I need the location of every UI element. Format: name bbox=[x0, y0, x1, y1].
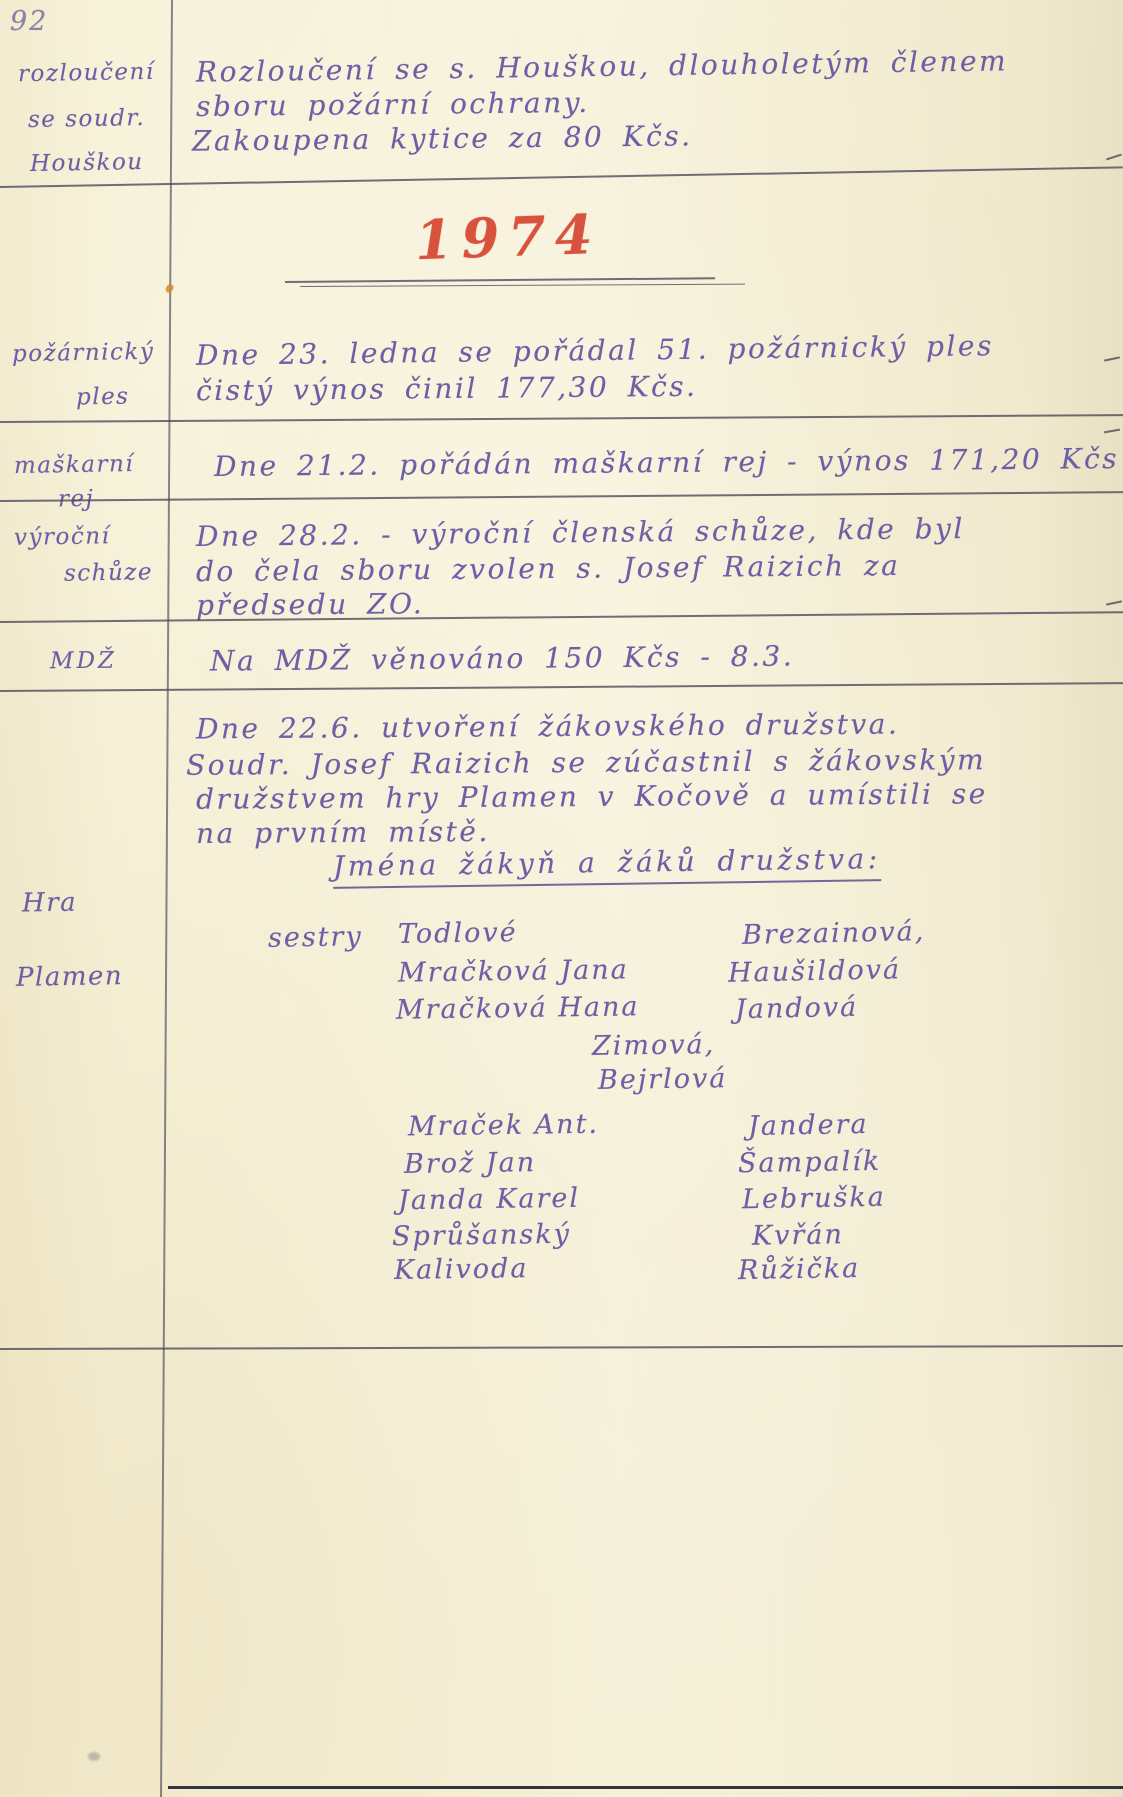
section-rule-1 bbox=[0, 166, 1123, 188]
column-divider-line bbox=[160, 0, 173, 1797]
mdz-body-line1: Na MDŽ věnováno 150 Kčs - 8.3. bbox=[210, 639, 794, 677]
boy-name: Lebruška bbox=[742, 1182, 886, 1216]
scan-mark bbox=[1104, 429, 1120, 434]
page-number: 92 bbox=[10, 6, 48, 37]
boy-name: Kvřán bbox=[752, 1219, 844, 1252]
boy-name: Mraček Ant. bbox=[408, 1109, 599, 1143]
girl-name: Mračková Jana bbox=[398, 954, 629, 988]
girl-name: Brezainová, bbox=[742, 916, 926, 951]
girl-name: Bejrlová bbox=[598, 1063, 728, 1096]
boy-name: Sprůšanský bbox=[392, 1219, 571, 1252]
girl-name: Mračková Hana bbox=[396, 991, 640, 1025]
scan-mark bbox=[1106, 600, 1122, 605]
boy-name: Janda Karel bbox=[398, 1183, 580, 1217]
section-rule-6 bbox=[0, 1345, 1123, 1350]
farewell-label-line1: rozloučení bbox=[18, 59, 155, 87]
rej-body-line1: Dne 21.2. pořádán maškarní rej - výnos 1… bbox=[214, 442, 1119, 483]
rej-label-line1: maškarní bbox=[14, 451, 135, 479]
farewell-label-line2: se soudr. bbox=[28, 105, 146, 133]
plamen-body-line2: Soudr. Josef Raizich se zúčastnil s žáko… bbox=[186, 743, 986, 782]
boy-name: Růžička bbox=[738, 1253, 861, 1286]
plamen-body-line4: na prvním místě. bbox=[196, 815, 490, 850]
farewell-body-line1: Rozloučení se s. Houškou, dlouholetým čl… bbox=[196, 44, 1008, 88]
schuze-body-line1: Dne 28.2. - výroční členská schůze, kde … bbox=[196, 512, 965, 553]
farewell-body-line3: Zakoupena kytice za 80 Kčs. bbox=[192, 119, 693, 157]
plamen-label-line1: Hra bbox=[22, 888, 78, 919]
page-bottom-edge-line bbox=[168, 1786, 1123, 1789]
year-heading: 1974 bbox=[414, 202, 602, 272]
girl-name: Todlové bbox=[398, 917, 518, 950]
ples-body-line2: čistý výnos činil 177,30 Kčs. bbox=[196, 370, 698, 407]
scan-mark bbox=[1106, 154, 1122, 161]
plamen-label-line2: Plamen bbox=[16, 961, 124, 993]
farewell-label-line3: Houškou bbox=[30, 149, 144, 177]
ples-label-line1: požárnický bbox=[12, 339, 155, 367]
smudge-mark bbox=[88, 1752, 100, 1761]
girl-name: Jandová bbox=[735, 992, 859, 1026]
plamen-body-line3: družstvem hry Plamen v Kočově a umístili… bbox=[196, 777, 988, 816]
farewell-body-line2: sboru požární ochrany. bbox=[196, 86, 590, 123]
schuze-label-line1: výroční bbox=[14, 523, 111, 551]
boy-name: Jandera bbox=[748, 1109, 869, 1142]
girl-name: Zimová, bbox=[592, 1029, 716, 1062]
chronicle-page: 92 rozloučení se soudr. Houškou Rozlouče… bbox=[0, 0, 1123, 1797]
plamen-body-line1: Dne 22.6. utvoření žákovského družstva. bbox=[196, 708, 900, 746]
schuze-body-line2: do čela sboru zvolen s. Josef Raizich za bbox=[196, 549, 901, 588]
year-underline-1 bbox=[285, 277, 715, 283]
ink-speck bbox=[164, 283, 174, 294]
ples-body-line1: Dne 23. ledna se pořádal 51. požárnický … bbox=[196, 329, 994, 372]
year-underline-2 bbox=[300, 284, 745, 287]
mdz-label-line1: MDŽ bbox=[50, 648, 117, 675]
girl-name: Haušildová bbox=[728, 954, 902, 989]
roster-heading: Jména žákyň a žáků družstva: bbox=[333, 842, 881, 889]
schuze-label-line2: schůze bbox=[64, 559, 153, 587]
boy-name: Šampalík bbox=[738, 1146, 882, 1179]
ples-label-line2: ples bbox=[76, 384, 130, 411]
boy-name: Kalivoda bbox=[394, 1253, 529, 1286]
scan-mark bbox=[1104, 356, 1120, 361]
girls-prefix: sestry bbox=[268, 921, 363, 954]
boy-name: Brož Jan bbox=[404, 1147, 537, 1180]
